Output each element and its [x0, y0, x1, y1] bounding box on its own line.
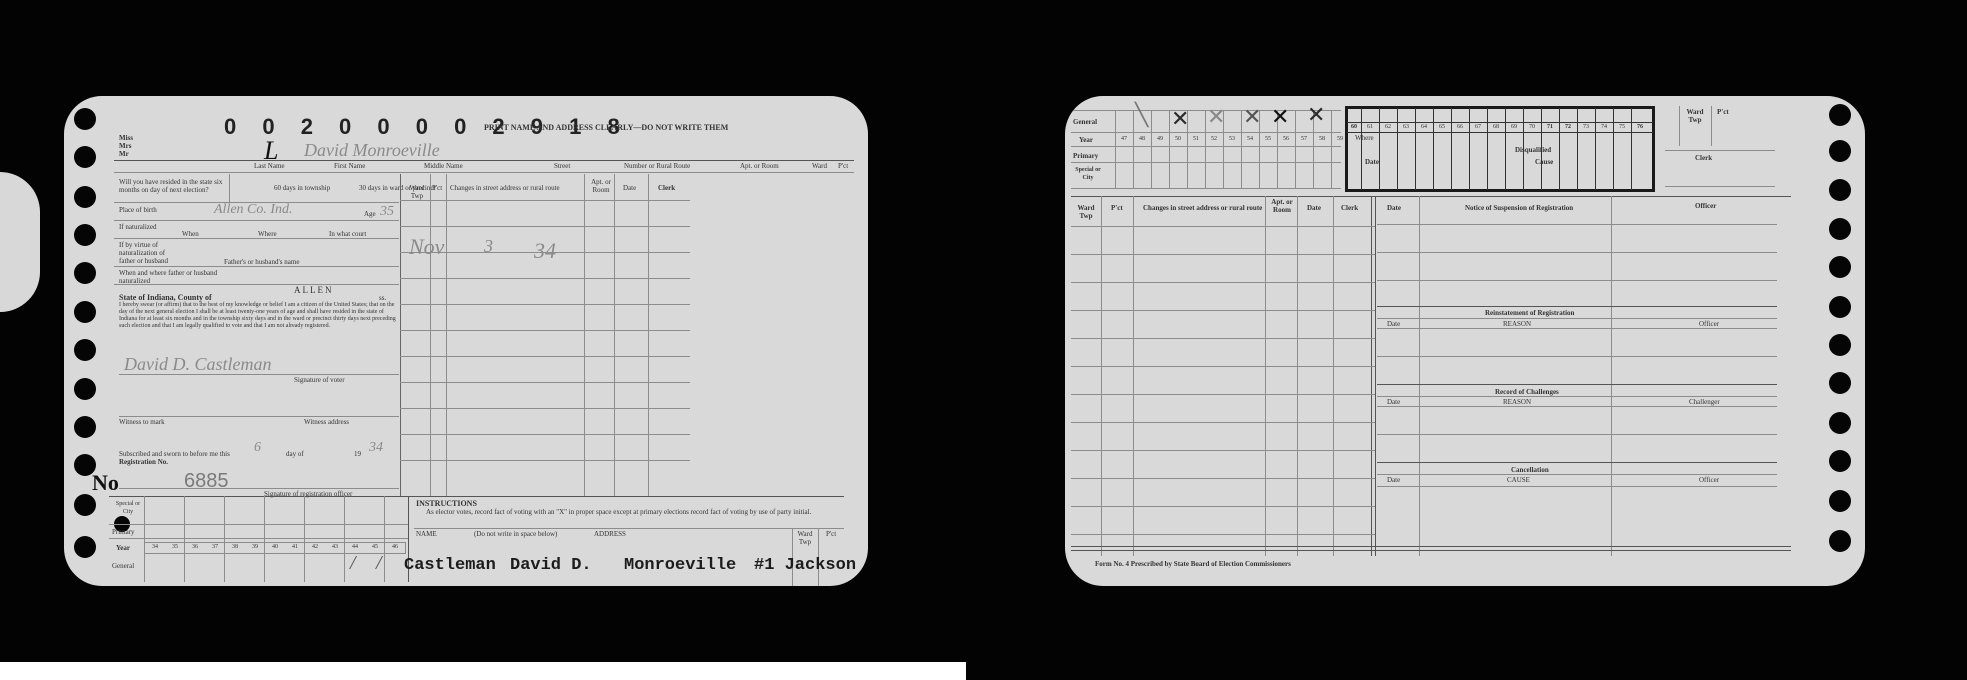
punch-hole	[1829, 256, 1851, 278]
year-cell: 34	[146, 544, 164, 550]
handwritten-change-year: 34	[534, 238, 556, 264]
back-changes-pct: P'ct	[1111, 204, 1123, 212]
punch-hole	[74, 262, 96, 284]
vote-x-mark: ✕	[1171, 110, 1189, 130]
suspension-header-notice: Notice of Suspension of Registration	[1465, 204, 1573, 212]
punch-hole	[1829, 530, 1851, 552]
suspension-header-officer: Officer	[1695, 202, 1716, 210]
back-grid-label-year: Year	[1079, 136, 1093, 144]
handwritten-name-faint: David Monroeville	[304, 140, 440, 161]
father-husband-name-label: Father's or husband's name	[224, 258, 299, 266]
changes-header-clerk: Clerk	[658, 184, 675, 192]
year-cell: 58	[1313, 136, 1331, 142]
year-cell: 54	[1241, 136, 1259, 142]
subscribed-text: Subscribed and sworn to before me this	[119, 450, 230, 458]
instructions-heading: INSTRUCTIONS	[416, 500, 477, 508]
year-cell: 72	[1561, 124, 1575, 130]
typed-first-name: David D.	[510, 556, 592, 575]
grid-label-general: General	[112, 562, 134, 570]
year-cell: 61	[1363, 124, 1377, 130]
year-cell: 65	[1435, 124, 1449, 130]
naturalized-label: If naturalized	[119, 223, 159, 231]
year-cell: 39	[246, 544, 264, 550]
place-of-birth-label: Place of birth	[119, 206, 159, 214]
year-cell: 49	[1151, 136, 1169, 142]
back-changes-apt: Apt. or Room	[1269, 198, 1295, 214]
back-grid-label-general: General	[1073, 118, 1097, 126]
reinstatement-header-reason: REASON	[1503, 320, 1531, 328]
back-changes-date: Date	[1307, 204, 1321, 212]
changes-header-pct: P'ct	[432, 184, 442, 192]
punch-hole	[1829, 450, 1851, 472]
boxed-label-where: Where	[1355, 134, 1374, 142]
label-number-route: Number or Rural Route	[624, 162, 690, 170]
challenges-header-challenger: Challenger	[1689, 398, 1720, 406]
challenges-title: Record of Challenges	[1495, 388, 1559, 396]
cancellation-header-cause: CAUSE	[1507, 476, 1530, 484]
handwritten-change-month: Nov	[409, 234, 444, 260]
signature-of-voter-label: Signature of voter	[294, 376, 345, 384]
year-cell: 45	[366, 544, 384, 550]
year-cell: 73	[1579, 124, 1593, 130]
changes-header-apt: Apt. or Room	[588, 178, 614, 194]
typed-last-name: Castleman	[404, 556, 496, 575]
bottom-label-name: NAME	[416, 530, 437, 538]
suspension-header-date: Date	[1387, 204, 1401, 212]
boxed-label-cause: Cause	[1535, 158, 1553, 166]
back-changes-ward: Ward Twp	[1075, 204, 1097, 220]
punch-hole	[1829, 218, 1851, 240]
boxed-label-date: Date	[1365, 158, 1379, 166]
bottom-label-do-not-write: (Do not write in space below)	[474, 530, 557, 538]
punch-hole	[74, 378, 96, 400]
registration-no-value: 6885	[184, 470, 229, 493]
year-cell: 70	[1525, 124, 1539, 130]
back-grid-label-special: Special or City	[1075, 166, 1101, 182]
year-cell: 52	[1205, 136, 1223, 142]
year-cell: 74	[1597, 124, 1611, 130]
label-middle-name: Middle Name	[424, 162, 463, 170]
year-cell: 35	[166, 544, 184, 550]
label-ward: Ward	[812, 162, 827, 170]
grid-label-primary: Primary	[112, 528, 135, 536]
vote-x-mark: ✕	[1243, 108, 1261, 128]
year-cell: 43	[326, 544, 344, 550]
year-cell: 69	[1507, 124, 1521, 130]
subscribed-day-of: day of	[286, 450, 304, 458]
year-cell: 36	[186, 544, 204, 550]
voter-signature: David D. Castleman	[124, 354, 272, 375]
year-cell: 42	[306, 544, 324, 550]
year-cell: 53	[1223, 136, 1241, 142]
bottom-label-address: ADDRESS	[594, 530, 626, 538]
oath-heading: State of Indiana, County of	[119, 294, 212, 302]
witness-label: Witness to mark	[119, 418, 165, 426]
challenges-header-reason: REASON	[1503, 398, 1531, 406]
punch-hole	[74, 494, 96, 516]
punch-hole	[1829, 412, 1851, 434]
year-cell: 47	[1115, 136, 1133, 142]
punch-hole	[1829, 334, 1851, 356]
year-cell: 75	[1615, 124, 1629, 130]
punch-hole	[1829, 296, 1851, 318]
vote-mark: /	[376, 552, 382, 575]
punch-hole	[74, 536, 96, 558]
label-apt-room: Apt. or Room	[740, 162, 779, 170]
year-cell: 68	[1489, 124, 1503, 130]
subscribed-year: 34	[369, 440, 383, 456]
label-first-name: First Name	[334, 162, 365, 170]
punch-hole	[74, 108, 96, 130]
punch-hole	[74, 301, 96, 323]
year-cell: 41	[286, 544, 304, 550]
bottom-label-ward: Ward Twp	[796, 530, 814, 546]
salutation-miss: Miss	[119, 134, 133, 142]
witness-address-label: Witness address	[304, 418, 349, 426]
vote-x-mark: ✕	[1307, 106, 1325, 126]
registration-no-mark: No	[92, 470, 119, 496]
boxed-label-disqualified: Disqualified	[1515, 146, 1551, 154]
punch-hole	[1829, 104, 1851, 126]
instructions-text: As elector votes, record fact of voting …	[426, 508, 836, 516]
back-changes-clerk: Clerk	[1341, 204, 1358, 212]
bottom-label-pct: P'ct	[826, 530, 836, 538]
residence-township: 60 days in township	[274, 184, 334, 192]
residence-question: Will you have resided in the state six m…	[119, 178, 229, 194]
form-footer: Form No. 4 Prescribed by State Board of …	[1095, 560, 1291, 568]
label-street: Street	[554, 162, 570, 170]
year-cell: 71	[1543, 124, 1557, 130]
changes-header-address: Changes in street address or rural route	[450, 184, 560, 192]
naturalized-where: Where	[258, 230, 277, 238]
year-cell: 64	[1417, 124, 1431, 130]
oath-ss: ss.	[379, 294, 386, 302]
registration-no-label: Registration No.	[119, 458, 168, 466]
cancellation-header-officer: Officer	[1699, 476, 1719, 484]
vote-x-mark: ✕	[1271, 108, 1289, 128]
punch-hole	[1829, 140, 1851, 162]
typed-ward: #1 Jackson	[754, 556, 856, 575]
vote-x-mark: ✕	[1207, 108, 1225, 128]
label-pct: P'ct	[838, 162, 848, 170]
year-cell: 66	[1453, 124, 1467, 130]
back-side-pct: P'ct	[1717, 108, 1729, 116]
registration-card-front: 0 0 2 0 0 0 0 2 9 1 8 PRINT NAME AND ADD…	[64, 96, 868, 586]
punch-hole	[1829, 179, 1851, 201]
year-cell: 40	[266, 544, 284, 550]
year-cell: 63	[1399, 124, 1413, 130]
oath-county: ALLEN	[294, 286, 334, 294]
place-of-birth-value: Allen Co. Ind.	[214, 202, 293, 218]
reinstatement-header-officer: Officer	[1699, 320, 1719, 328]
year-cell: 56	[1277, 136, 1295, 142]
cancellation-title: Cancellation	[1511, 466, 1549, 474]
punch-hole	[74, 416, 96, 438]
changes-header-ward: Ward Twp	[406, 184, 428, 200]
disqualification-box	[1345, 106, 1655, 192]
reinstatement-header-date: Date	[1387, 320, 1400, 328]
year-cell: 67	[1471, 124, 1485, 130]
back-side-ward: Ward Twp	[1685, 108, 1705, 124]
year-cell: 48	[1133, 136, 1151, 142]
year-cell: 60	[1347, 124, 1361, 130]
year-cell: 37	[206, 544, 224, 550]
cancellation-header-date: Date	[1387, 476, 1400, 484]
back-side-clerk: Clerk	[1695, 154, 1712, 162]
year-cell: 55	[1259, 136, 1277, 142]
challenges-header-date: Date	[1387, 398, 1400, 406]
back-grid-label-primary: Primary	[1073, 152, 1098, 160]
punch-hole	[74, 339, 96, 361]
punch-hole	[74, 186, 96, 208]
header-instruction: PRINT NAME AND ADDRESS CLEARLY—DO NOT WR…	[484, 124, 728, 132]
oath-text: I hereby swear (or affirm) that to the b…	[119, 302, 399, 330]
punch-hole	[74, 146, 96, 168]
typed-address: Monroeville	[624, 556, 736, 575]
year-cell: 62	[1381, 124, 1395, 130]
salutation-mrs: Mrs	[119, 142, 131, 150]
handwritten-change-day: 3	[484, 236, 493, 257]
father-husband-label: If by virtue of naturalization of father…	[119, 241, 179, 265]
vote-mark: /	[350, 552, 356, 575]
year-cell: 44	[346, 544, 364, 550]
vote-x-mark: ╲	[1135, 106, 1148, 126]
punch-hole	[1829, 372, 1851, 394]
punch-hole	[74, 224, 96, 246]
scan-edge-artifact	[0, 172, 40, 312]
year-cell: 38	[226, 544, 244, 550]
punch-hole	[1829, 490, 1851, 512]
subscribed-day: 6	[254, 440, 261, 456]
reinstatement-title: Reinstatement of Registration	[1485, 309, 1574, 317]
grid-label-special: Special or City	[114, 500, 142, 516]
scan-border-strip	[0, 662, 966, 680]
grid-label-year: Year	[116, 544, 130, 552]
salutation-mr: Mr	[119, 150, 129, 158]
age-value: 35	[380, 204, 394, 220]
back-changes-address: Changes in street address or rural route	[1143, 204, 1262, 212]
age-label: Age	[364, 210, 376, 218]
registration-card-back: General Year Primary Special or City 47 …	[1065, 96, 1865, 586]
naturalized-when: When	[182, 230, 199, 238]
year-cell: 51	[1187, 136, 1205, 142]
naturalized-court: In what court	[329, 230, 366, 238]
year-cell: 76	[1633, 124, 1647, 130]
year-cell: 57	[1295, 136, 1313, 142]
subscribed-year-prefix: 19	[354, 450, 361, 458]
year-cell: 46	[386, 544, 404, 550]
label-last-name: Last Name	[254, 162, 285, 170]
year-cell: 50	[1169, 136, 1187, 142]
when-where-father-label: When and where father or husband natural…	[119, 269, 219, 285]
changes-header-date: Date	[623, 184, 636, 192]
